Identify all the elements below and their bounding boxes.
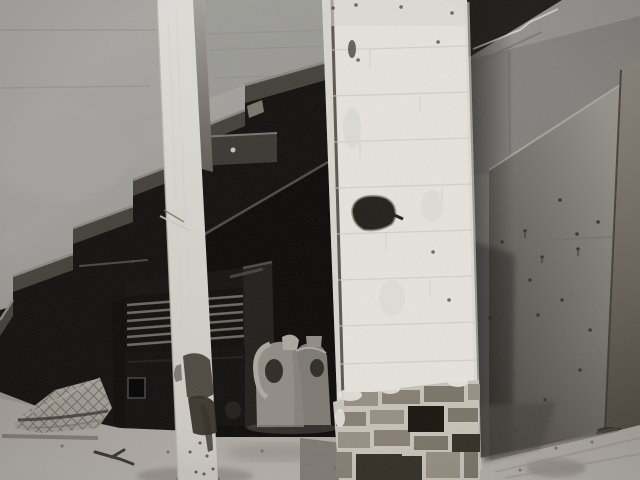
photo-canvas — [0, 0, 640, 480]
film-grain-overlay — [0, 0, 640, 480]
cellar-photo — [0, 0, 640, 480]
